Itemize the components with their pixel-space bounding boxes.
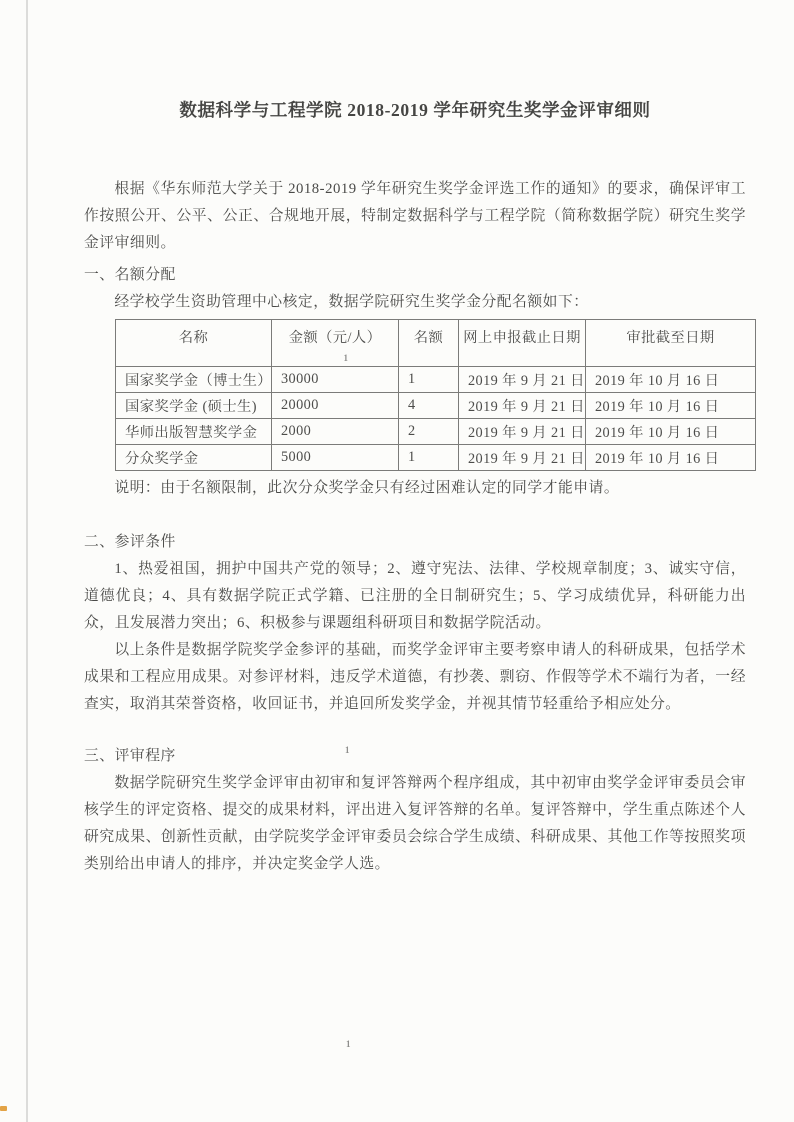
cell-approval-deadline: 2019 年 10 月 16 日 bbox=[586, 445, 756, 471]
section-3-heading: 三、评审程序1 bbox=[84, 743, 746, 770]
section-3-heading-text: 三、评审程序 bbox=[84, 748, 176, 764]
table-row: 华师出版智慧奖学金 2000 2 2019 年 9 月 21 日 2019 年 … bbox=[116, 419, 756, 445]
scan-edge-line bbox=[26, 0, 28, 1122]
cell-amount: 30000 bbox=[272, 367, 399, 393]
cell-amount: 2000 bbox=[272, 419, 399, 445]
section-3-paragraph-1: 数据学院研究生奖学金评审由初审和复评答辩两个程序组成，其中初审由奖学金评审委员会… bbox=[84, 770, 746, 878]
column-header-online-deadline: 网上申报截止日期 bbox=[459, 320, 586, 367]
scholarship-quota-table: 名称 金额（元/人）1 名额 网上申报截止日期 审批截至日期 国家奖学金（博士生… bbox=[115, 319, 756, 471]
cell-approval-deadline: 2019 年 10 月 16 日 bbox=[586, 419, 756, 445]
stray-scan-mark: 1 bbox=[346, 1040, 351, 1049]
cell-approval-deadline: 2019 年 10 月 16 日 bbox=[586, 367, 756, 393]
cell-name: 华师出版智慧奖学金 bbox=[116, 419, 272, 445]
column-header-quota: 名额 bbox=[399, 320, 459, 367]
stray-scan-mark: 1 bbox=[345, 746, 350, 755]
column-header-approval-deadline: 审批截至日期 bbox=[586, 320, 756, 367]
section-1-heading: 一、名额分配 bbox=[84, 262, 746, 289]
cell-online-deadline: 2019 年 9 月 21 日 bbox=[459, 419, 586, 445]
table-row: 分众奖学金 5000 1 2019 年 9 月 21 日 2019 年 10 月… bbox=[116, 445, 756, 471]
section-2-heading: 二、参评条件 bbox=[84, 529, 746, 556]
table-note: 说明：由于名额限制，此次分众奖学金只有经过困难认定的同学才能申请。 bbox=[84, 475, 746, 502]
cell-approval-deadline: 2019 年 10 月 16 日 bbox=[586, 393, 756, 419]
document-title: 数据科学与工程学院 2018-2019 学年研究生奖学金评审细则 bbox=[84, 0, 746, 123]
stray-scan-mark: 1 bbox=[294, 354, 398, 363]
cell-amount: 20000 bbox=[272, 393, 399, 419]
table-row: 国家奖学金（博士生） 30000 1 2019 年 9 月 21 日 2019 … bbox=[116, 367, 756, 393]
cell-name: 国家奖学金 (硕士生) bbox=[116, 393, 272, 419]
cell-online-deadline: 2019 年 9 月 21 日 bbox=[459, 367, 586, 393]
column-header-name: 名称 bbox=[116, 320, 272, 367]
cell-quota: 1 bbox=[399, 445, 459, 471]
cell-quota: 1 bbox=[399, 367, 459, 393]
scan-artifact-speck bbox=[0, 1106, 7, 1111]
column-header-amount: 金额（元/人）1 bbox=[272, 320, 399, 367]
table-header-row: 名称 金额（元/人）1 名额 网上申报截止日期 审批截至日期 bbox=[116, 320, 756, 367]
table-row: 国家奖学金 (硕士生) 20000 4 2019 年 9 月 21 日 2019… bbox=[116, 393, 756, 419]
section-2-paragraph-2: 以上条件是数据学院奖学金参评的基础，而奖学金评审主要考察申请人的科研成果，包括学… bbox=[84, 637, 746, 718]
document-content: 数据科学与工程学院 2018-2019 学年研究生奖学金评审细则 根据《华东师范… bbox=[84, 0, 746, 878]
cell-name: 分众奖学金 bbox=[116, 445, 272, 471]
cell-online-deadline: 2019 年 9 月 21 日 bbox=[459, 445, 586, 471]
section-2-paragraph-1: 1、热爱祖国，拥护中国共产党的领导；2、遵守宪法、法律、学校规章制度；3、诚实守… bbox=[84, 556, 746, 637]
cell-name: 国家奖学金（博士生） bbox=[116, 367, 272, 393]
cell-quota: 2 bbox=[399, 419, 459, 445]
cell-amount: 5000 bbox=[272, 445, 399, 471]
intro-paragraph: 根据《华东师范大学关于 2018-2019 学年研究生奖学金评选工作的通知》的要… bbox=[84, 176, 746, 257]
document-page: 数据科学与工程学院 2018-2019 学年研究生奖学金评审细则 根据《华东师范… bbox=[0, 0, 794, 1122]
cell-quota: 4 bbox=[399, 393, 459, 419]
cell-online-deadline: 2019 年 9 月 21 日 bbox=[459, 393, 586, 419]
section-1-lead: 经学校学生资助管理中心核定，数据学院研究生奖学金分配名额如下： bbox=[84, 289, 746, 316]
